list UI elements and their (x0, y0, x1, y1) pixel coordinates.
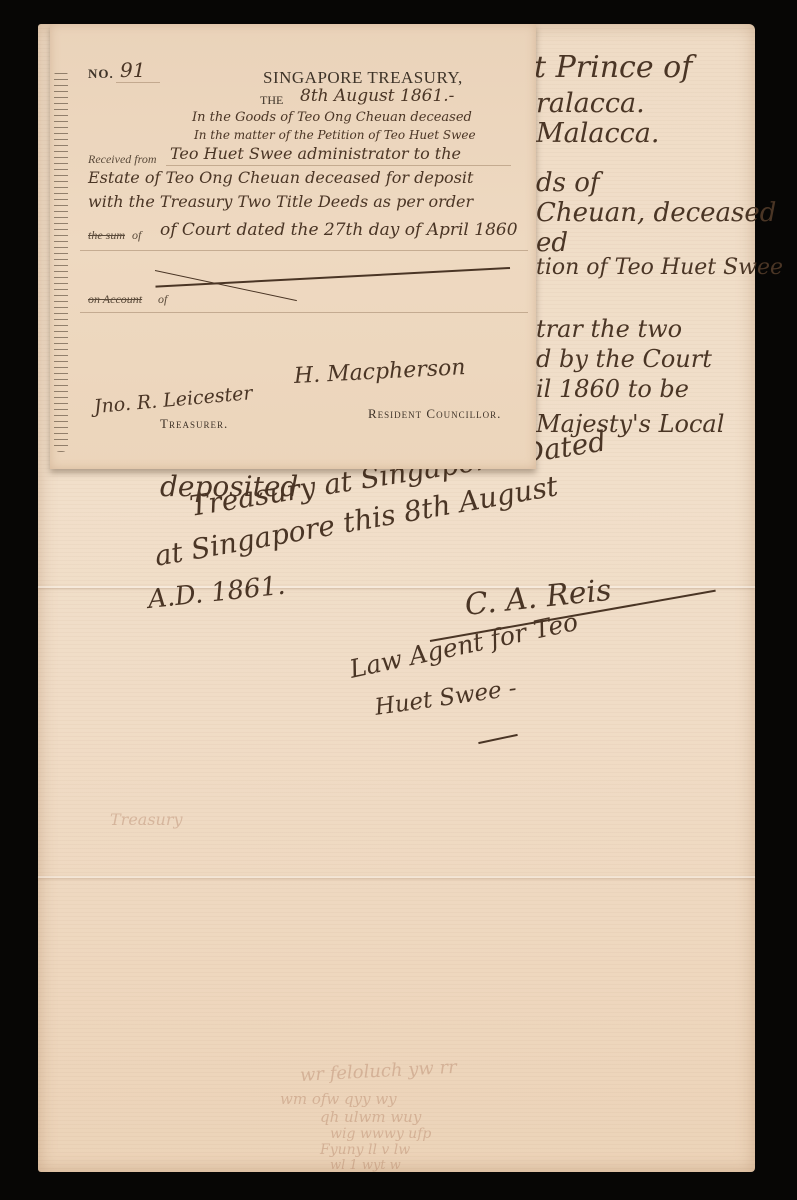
section-rule (80, 312, 528, 313)
section-rule (80, 250, 528, 251)
councillor-label: Resident Councillor. (368, 406, 501, 422)
fold-line (38, 586, 755, 588)
letter-line: il 1860 to be (536, 375, 689, 403)
bleed-through-line: wig wwwy ufp (330, 1126, 431, 1142)
treasury-receipt: NO. 91 SINGAPORE TREASURY, THE 8th Augus… (50, 24, 536, 469)
account-label-of: of (158, 292, 167, 307)
bleed-through-line: wm ofw qyy wy (280, 1090, 397, 1108)
goods-line: In the Goods of Teo Ong Cheuan deceased (192, 110, 472, 125)
letter-line: Malacca. (536, 118, 659, 149)
letter-line: ralacca. (536, 88, 645, 119)
letter-line: t Prince of (534, 50, 692, 85)
letter-line: Cheuan, deceased (536, 198, 776, 228)
treasurer-signature: Jno. R. Leicester (93, 382, 253, 418)
letter-line: tion of Teo Huet Swee (536, 255, 783, 280)
letter-line: d by the Court (536, 345, 712, 373)
letter-line: trar the two (536, 315, 682, 343)
bleed-through-line: qh ulwm wuy (320, 1108, 421, 1126)
pen-flourish (155, 267, 510, 287)
date-label: THE (260, 93, 283, 108)
matter-line: In the matter of the Petition of Teo Hue… (194, 128, 476, 142)
receipt-number: 91 (120, 58, 145, 82)
received-from-label: Received from (88, 152, 157, 167)
bleed-through-line: wl 1 wyt w (330, 1158, 401, 1173)
received-from-value: Estate of Teo Ong Cheuan deceased for de… (88, 168, 473, 187)
receipt-number-label: NO. (88, 66, 114, 82)
number-rule (116, 82, 160, 83)
sum-label-of: of (132, 228, 141, 243)
sum-value: of Court dated the 27th day of April 186… (160, 220, 518, 240)
fold-line (38, 876, 755, 878)
faint-offset-text: Treasury (110, 810, 183, 829)
letter-line: ed (536, 228, 568, 258)
letter-line: ds of (536, 168, 600, 198)
guilloche-border (54, 70, 68, 452)
sum-label-struck: the sum (88, 228, 125, 243)
treasurer-label: Treasurer. (160, 416, 228, 432)
account-label-struck: on Account (88, 292, 142, 307)
receipt-date: 8th August 1861.- (300, 86, 454, 106)
receipt-title: SINGAPORE TREASURY, (263, 68, 463, 88)
received-from-value: with the Treasury Two Title Deeds as per… (88, 192, 473, 211)
bleed-through-line: Fyuny ll v lw (320, 1142, 410, 1158)
received-rule (166, 165, 511, 166)
councillor-signature: H. Macpherson (293, 355, 466, 389)
received-from-value: Teo Huet Swee administrator to the (170, 144, 461, 163)
